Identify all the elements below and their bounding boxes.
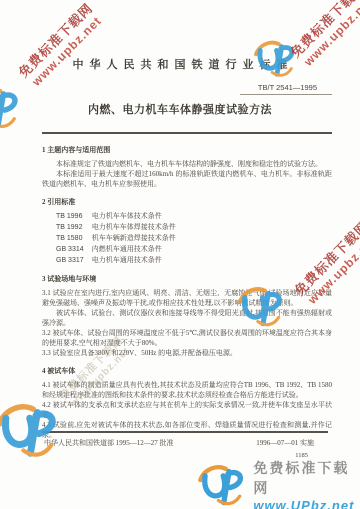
section-3-paragraph: 3.3 试验室应具备380V 和220V、50Hz 的电源,并配备稳压电源。 (42, 348, 332, 358)
watermark-site-url: www.upbz.net (277, 0, 360, 93)
section-3-heading: 3 试验场地与环境 (42, 274, 332, 284)
standard-number-rule (240, 94, 332, 95)
section-4-paragraph: 4.1 被试车体的制造质量应具有代表性,其技术状态及质量均应符合TB 1996、… (42, 380, 332, 400)
reference-title: 电力机车车体焊接技术条件 (92, 223, 176, 231)
page-number: 1185 (295, 452, 308, 459)
document-title: 内燃、电力机车车体静强度试验方法 (0, 101, 360, 117)
reference-item: GB 3317 电力机车通用技术条件 (56, 255, 332, 266)
footer-site-url: www.UPbz.net (253, 498, 360, 509)
footer-approver: 中华人民共和国铁道部 1995—12—27 批准 (44, 438, 174, 448)
reference-item: TB 1580 机车车辆新造焊接技术条件 (56, 233, 332, 244)
reference-title: 内燃机车通用技术条件 (92, 245, 162, 253)
section-1-paragraph: 本标准适用于最大速度不超过160km/h 的标准轨距铁道内燃机车、电力机车。非标… (42, 169, 332, 189)
section-1-paragraph: 本标准规定了铁道内燃机车、电力机车车体结构的静强度、刚度和稳定性的试验方法。 (42, 159, 332, 169)
document-page: 免费标准下载网 www.upbz.net 免费标准下载网 www.upbz.ne… (0, 0, 360, 509)
document-body: 1 主题内容与适用范围 本标准规定了铁道内燃机车、电力机车车体结构的静强度、刚度… (42, 138, 332, 440)
section-2-heading: 2 引用标准 (42, 197, 332, 207)
reference-code: TB 1992 (56, 223, 90, 233)
reference-code: GB 3317 (56, 256, 90, 266)
standard-org-line: 中华人民共和国铁道行业标准 (0, 56, 360, 72)
section-4-paragraph: 4.2 被试车体的支承点和支承状态应与其在机车上的实际支承情况一致,并使车体支座… (42, 400, 332, 420)
reference-list: TB 1996 电力机车车体技术条件 TB 1992 电力机车车体焊接技术条件 … (42, 211, 332, 266)
footer-effective-date: 1996—07—01 实施 (256, 438, 314, 448)
section-4-paragraph: 4.3 试验前,应先对被试车体的技术状态,如各部位变形、焊缝质量情况进行检查和测… (42, 420, 332, 440)
section-3-paragraph: 3.1 试验应在室内进行,室内应通风、明亮、清洁、无烟尘、无腐蚀性气体,试验场地… (42, 288, 332, 308)
reference-title: 电力机车通用技术条件 (92, 256, 162, 264)
reference-item: TB 1996 电力机车车体技术条件 (56, 211, 332, 222)
section-3-paragraph: 被试车体、试验台、测试仪器仪表和连接导线等不得受阳光直射,其周围不能有强热辐射或… (42, 308, 332, 328)
standard-number: TB/T 2541—1995 (258, 83, 317, 92)
reference-code: TB 1996 (56, 212, 90, 222)
up-logo-icon (196, 461, 249, 509)
section-3-paragraph: 3.2 被试车体、试验台周围的环境温度应不低于5℃,测试仪器仪表周围的环境温度应… (42, 328, 332, 348)
footer-site-name: 免费标准下载网 (253, 458, 360, 498)
reference-item: GB 3314 内燃机车通用技术条件 (56, 244, 332, 255)
reference-title: 机车车辆新造焊接技术条件 (92, 234, 176, 242)
reference-item: TB 1992 电力机车车体焊接技术条件 (56, 222, 332, 233)
footer-brand-text: 免费标准下载网 www.UPbz.net (253, 458, 360, 509)
reference-title: 电力机车车体技术条件 (92, 212, 162, 220)
reference-code: TB 1580 (56, 234, 90, 244)
header-rule (42, 132, 332, 134)
reference-code: GB 3314 (56, 245, 90, 255)
section-1-heading: 1 主题内容与适用范围 (42, 145, 332, 155)
watermark-diagonal-top-right: 免费标准下载网 www.upbz.net (264, 0, 360, 93)
section-4-heading: 4 被试车体 (42, 366, 332, 376)
watermark-site-name: 免费标准下载网 (0, 0, 118, 103)
footer-site-branding: 免费标准下载网 www.UPbz.net (196, 458, 360, 509)
footer-rule (42, 431, 328, 433)
